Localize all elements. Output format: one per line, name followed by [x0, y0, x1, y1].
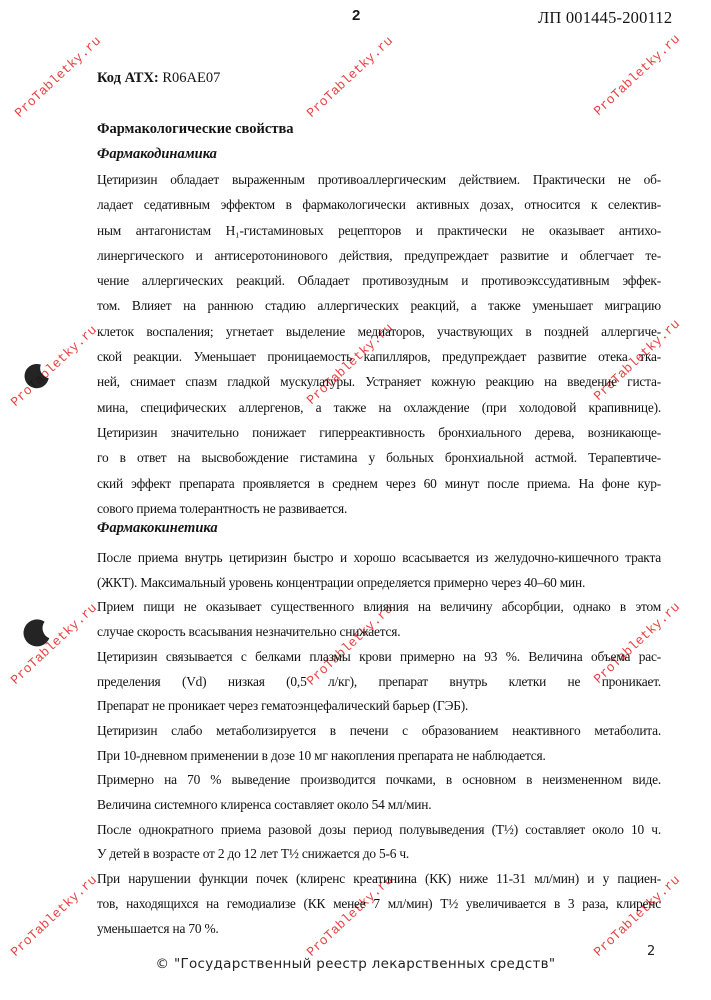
- copyright-footer: © "Государственный реестр лекарственных …: [0, 956, 711, 972]
- page-number-top: 2: [352, 7, 360, 24]
- text-line: сового приема толерантность не развивает…: [97, 496, 661, 521]
- watermark: ProTabletky.ru: [304, 33, 396, 120]
- ink-blot: [20, 616, 54, 658]
- atc-code-label: Код АТХ:: [97, 70, 159, 86]
- watermark: ProTabletky.ru: [8, 872, 100, 959]
- text-line: Цетиризин значительно понижает гиперреак…: [97, 420, 661, 445]
- pharmacodynamics-text: Цетиризин обладает выраженным противоалл…: [97, 167, 661, 521]
- text-line: Препарат не проникает через гематоэнцефа…: [97, 694, 661, 719]
- document-number: ЛП 001445-200112: [538, 8, 672, 28]
- text-line: го в ответ на высвобождение гистамина у …: [97, 445, 661, 470]
- atc-code-line: Код АТХ: R06AE07: [97, 70, 220, 87]
- watermark: ProTabletky.ru: [591, 31, 683, 118]
- atc-code-value: R06AE07: [162, 70, 220, 86]
- ink-blot: [22, 360, 54, 398]
- document-page: ProTabletky.ru ProTabletky.ru ProTabletk…: [0, 0, 711, 1000]
- text-line: При 10-дневном применении в дозе 10 мг н…: [97, 744, 661, 769]
- text-line: При нарушении функции почек (клиренс кре…: [97, 867, 661, 892]
- text-line: ский эффект препарата проявляется в сред…: [97, 471, 661, 496]
- text-line: клеток воспаления; угнетает выделение ме…: [97, 319, 661, 344]
- text-line: Прием пищи не оказывает существенного вл…: [97, 595, 661, 620]
- text-line: тов, находящихся на гемодиализе (КК мене…: [97, 892, 661, 917]
- text-line: Цетиризин связывается с белками плазмы к…: [97, 645, 661, 670]
- text-line: ней, снимает спазм гладкой мускулатуры. …: [97, 369, 661, 394]
- section-title-pharmacological-properties: Фармакологические свойства: [97, 121, 294, 138]
- text-line: Цетиризин обладает выраженным противоалл…: [97, 167, 661, 192]
- text-line: случае скорость всасывания незначительно…: [97, 620, 661, 645]
- text-line: После приема внутрь цетиризин быстро и х…: [97, 546, 661, 571]
- text-line: (ЖКТ). Максимальный уровень концентрации…: [97, 571, 661, 596]
- text-line: После однократного приема разовой дозы п…: [97, 818, 661, 843]
- text-line: мина, специфических аллергенов, а также …: [97, 395, 661, 420]
- watermark: ProTabletky.ru: [12, 33, 104, 120]
- text-line: ным антагонистам Н₁-гистаминовых рецепто…: [97, 218, 661, 243]
- text-line: У детей в возрасте от 2 до 12 лет Т½ сни…: [97, 842, 661, 867]
- text-line: чение аллергических реакций. Обладает пр…: [97, 268, 661, 293]
- text-line: Примерно на 70 % выведение производится …: [97, 768, 661, 793]
- pharmacokinetics-text: После приема внутрь цетиризин быстро и х…: [97, 546, 661, 941]
- text-line: линергического и антисеротонинового дейс…: [97, 243, 661, 268]
- heading-pharmacokinetics: Фармакокинетика: [97, 520, 218, 537]
- text-line: Величина системного клиренса составляет …: [97, 793, 661, 818]
- text-line: уменьшается на 70 %.: [97, 917, 661, 942]
- text-line: Цетиризин слабо метаболизируется в печен…: [97, 719, 661, 744]
- text-line: ладает седативным эффектом в фармакологи…: [97, 192, 661, 217]
- text-line: пределения (Vd) низкая (0,5 л/кг), препа…: [97, 670, 661, 695]
- text-line: ской реакции. Уменьшает проницаемость ка…: [97, 344, 661, 369]
- heading-pharmacodynamics: Фармакодинамика: [97, 146, 217, 163]
- text-line: том. Влияет на раннюю стадию аллергическ…: [97, 293, 661, 318]
